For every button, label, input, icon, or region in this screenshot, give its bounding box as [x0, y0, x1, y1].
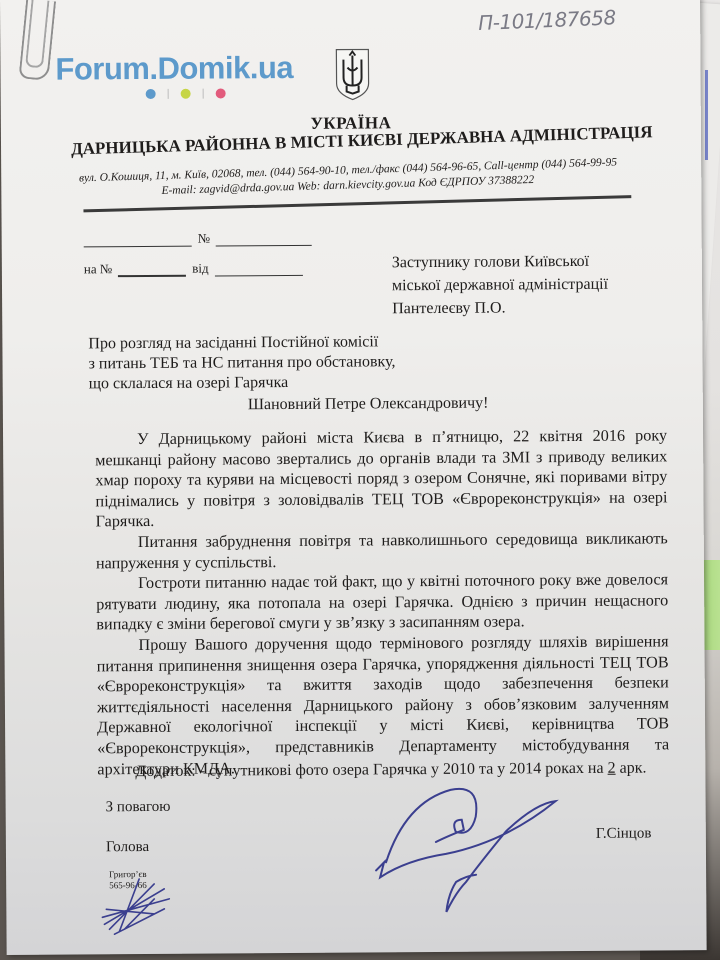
subject-line: з питань ТЕБ та НС питання про обстановк…: [88, 352, 395, 374]
closing-phrase: З повагою: [106, 799, 171, 816]
body-paragraph: Питання забруднення повітря та навколишн…: [96, 528, 668, 573]
executor-info: Григор’єв 565-96-66: [109, 869, 147, 891]
watermark-dots: [146, 88, 226, 99]
watermark-logo: Forum.Domik.ua: [55, 50, 293, 88]
handwritten-registration-number: П-101/187658: [478, 5, 616, 35]
attachment-note: Додаток: - супутникові фото озера Гарячк…: [135, 760, 646, 782]
addressee-block: Заступнику голови Київської міської держ…: [392, 250, 608, 321]
watermark-dot-yellow: [181, 89, 191, 99]
subject-block: Про розгляд на засіданні Постійної коміс…: [88, 332, 395, 394]
coat-of-arms-trident-icon: [334, 47, 370, 101]
signer-position: Голова: [106, 839, 149, 856]
ref-date-blank: [215, 263, 303, 277]
watermark-dot-pink: [216, 88, 226, 98]
outgoing-number-line: №: [84, 230, 313, 248]
outgoing-number-blank: [216, 233, 312, 247]
letter-page: П-101/187658 Forum.Domik.ua УКРАЇНА ДАРН…: [0, 0, 707, 955]
ref-number-label: на №: [84, 261, 113, 277]
number-label: №: [198, 231, 211, 247]
body-paragraph: Гостроти питанню надає той факт, що у кв…: [96, 570, 668, 636]
addressee-line: Заступнику голови Київської: [392, 250, 608, 275]
attachment-prefix: Додаток: - супутникові фото озера Гарячк…: [135, 760, 607, 780]
attachment-suffix: арк.: [616, 760, 647, 777]
from-label: від: [192, 261, 208, 277]
subject-line: Про розгляд на засіданні Постійної коміс…: [88, 332, 395, 354]
outgoing-date-blank: [84, 234, 192, 248]
watermark-separator: [168, 89, 169, 99]
watermark-dot-blue: [146, 89, 156, 99]
subject-line: що склалася на озері Гарячка: [89, 372, 396, 394]
executor-name: Григор’єв: [109, 869, 147, 880]
addressee-line: міської державної адміністрації: [392, 273, 608, 298]
background-stamp-fragment: [705, 70, 720, 160]
watermark-separator: [203, 89, 204, 99]
body-paragraph: Прошу Вашого доручення щодо термінового …: [96, 631, 669, 779]
incoming-ref-line: на № від: [84, 260, 303, 278]
letterhead-contacts: вул. О.Кошиця, 11, м. Київ, 02068, тел. …: [79, 155, 618, 201]
executor-phone: 565-96-66: [109, 880, 147, 891]
signer-name: Г.Сінцов: [596, 825, 652, 842]
salutation: Шановний Петре Олександровичу!: [248, 395, 489, 415]
body-paragraph: У Дарницькому районі міста Києва в п’ятн…: [95, 425, 668, 532]
ref-number-blank: [118, 263, 186, 277]
letter-body: У Дарницькому районі міста Києва в п’ятн…: [95, 425, 669, 779]
addressee-line: Пантелеєву П.О.: [392, 296, 608, 321]
signature-main-icon: [365, 781, 566, 932]
